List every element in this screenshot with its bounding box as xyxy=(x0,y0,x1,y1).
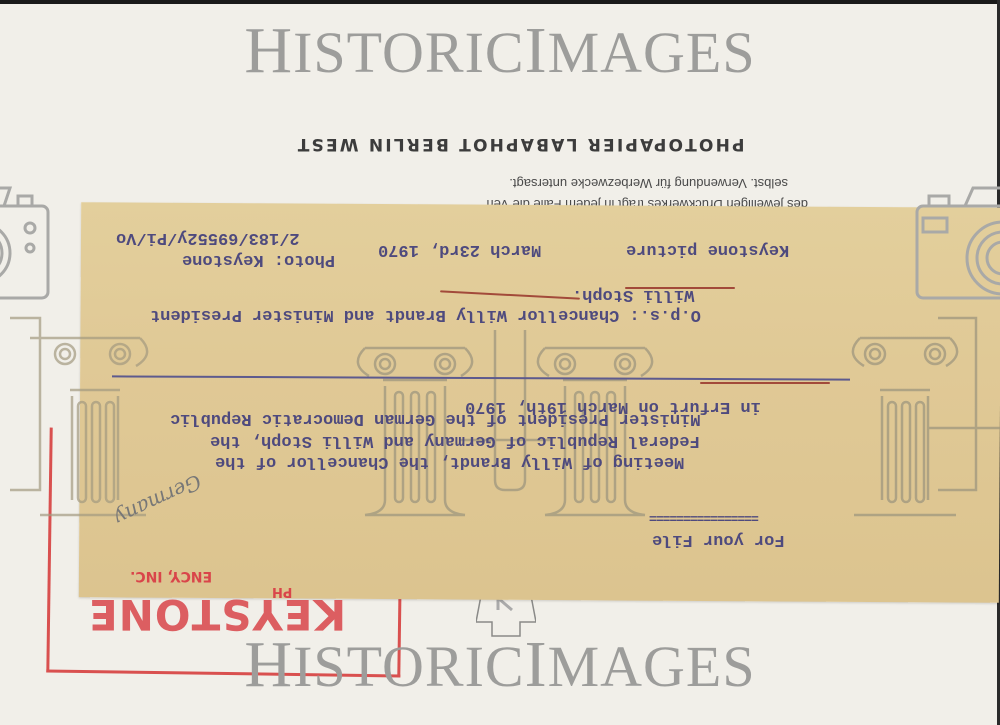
watermark-letter: I xyxy=(525,628,548,701)
keystone-stamp-agency: ENCY, INC. xyxy=(130,568,212,584)
watermark-text: MAGES xyxy=(548,20,756,85)
caption-ref-number: 2/183/69552y/Pi/Vo xyxy=(116,228,300,247)
watermark-top: HISTORICIMAGES xyxy=(0,18,1000,84)
caption-body-line-2: Federal Republic of Germany and Willi St… xyxy=(210,431,700,450)
caption-file-rule: ================ xyxy=(650,510,759,525)
keystone-stamp-prefix: PH xyxy=(272,584,292,599)
watermark-bottom: HISTORICIMAGES xyxy=(0,632,1000,698)
caption-ops-line-2: Willi Stoph. xyxy=(572,285,694,304)
watermark-letter: I xyxy=(525,14,548,87)
watermark-letter: H xyxy=(244,628,293,701)
caption-for-your-file: For your File xyxy=(652,530,785,549)
watermark-column-icon xyxy=(10,310,150,520)
watermark-columns-icon xyxy=(355,330,655,530)
watermark-text: ISTORIC xyxy=(293,20,525,85)
caption-body-line-1: Meeting of Willy Brandt, the Chancellor … xyxy=(215,452,684,471)
caption-date: March 23rd, 1970 xyxy=(378,240,541,259)
watermark-camera-icon xyxy=(915,178,1000,308)
watermark-camera-icon xyxy=(0,178,80,308)
watermark-text: ISTORIC xyxy=(293,634,525,699)
photo-paper-brand: PHOTOPAPIER LABAPHOT BERLIN WEST xyxy=(265,134,775,154)
caption-ops-line-1: O.p.s.: Chancellor Willy Brandt and Mini… xyxy=(150,305,701,324)
watermark-letter: H xyxy=(244,14,293,87)
red-underline-mark xyxy=(700,382,830,384)
caption-body-line-3: Minister President of the German Democra… xyxy=(170,409,701,428)
caption-keystone-picture: Keystone picture xyxy=(626,240,789,259)
caption-photo-credit: Photo: Keystone xyxy=(182,250,335,269)
paper-notice-line-1: selbst. Verwendung für Werbezwecke unter… xyxy=(438,176,788,191)
watermark-column-icon xyxy=(850,310,1000,530)
watermark-text: MAGES xyxy=(548,634,756,699)
scan-top-edge xyxy=(0,0,1000,4)
